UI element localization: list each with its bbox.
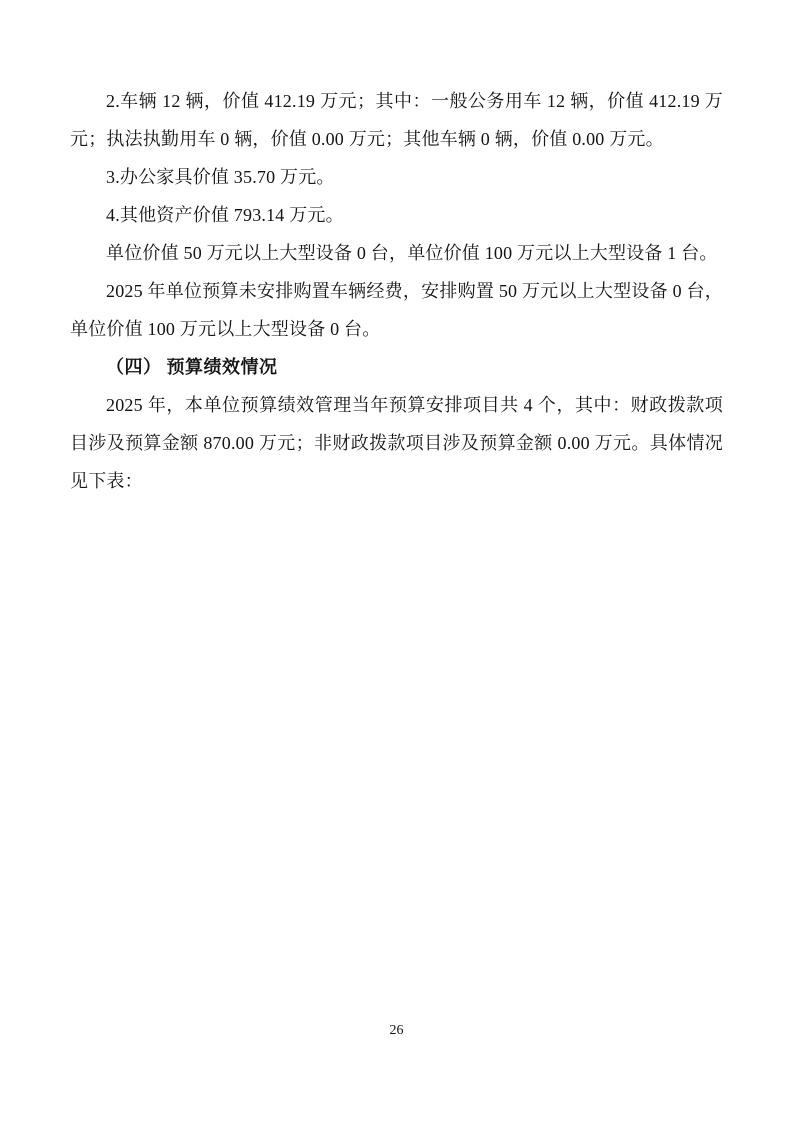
document-body: 2.车辆 12 辆，价值 412.19 万元；其中：一般公务用车 12 辆，价值… <box>70 82 723 500</box>
paragraph-office-furniture: 3.办公家具价值 35.70 万元。 <box>70 158 723 196</box>
page-number: 26 <box>0 1022 793 1040</box>
paragraph-large-equipment: 单位价值 50 万元以上大型设备 0 台，单位价值 100 万元以上大型设备 1… <box>70 234 723 272</box>
paragraph-performance-summary: 2025 年，本单位预算绩效管理当年预算安排项目共 4 个，其中：财政拨款项目涉… <box>70 386 723 500</box>
document-page: 2.车辆 12 辆，价值 412.19 万元；其中：一般公务用车 12 辆，价值… <box>0 0 793 1122</box>
paragraph-other-assets: 4.其他资产价值 793.14 万元。 <box>70 196 723 234</box>
paragraph-2025-procurement: 2025 年单位预算未安排购置车辆经费，安排购置 50 万元以上大型设备 0 台… <box>70 272 723 348</box>
section-heading-budget-performance: （四） 预算绩效情况 <box>70 348 723 386</box>
paragraph-vehicles: 2.车辆 12 辆，价值 412.19 万元；其中：一般公务用车 12 辆，价值… <box>70 82 723 158</box>
